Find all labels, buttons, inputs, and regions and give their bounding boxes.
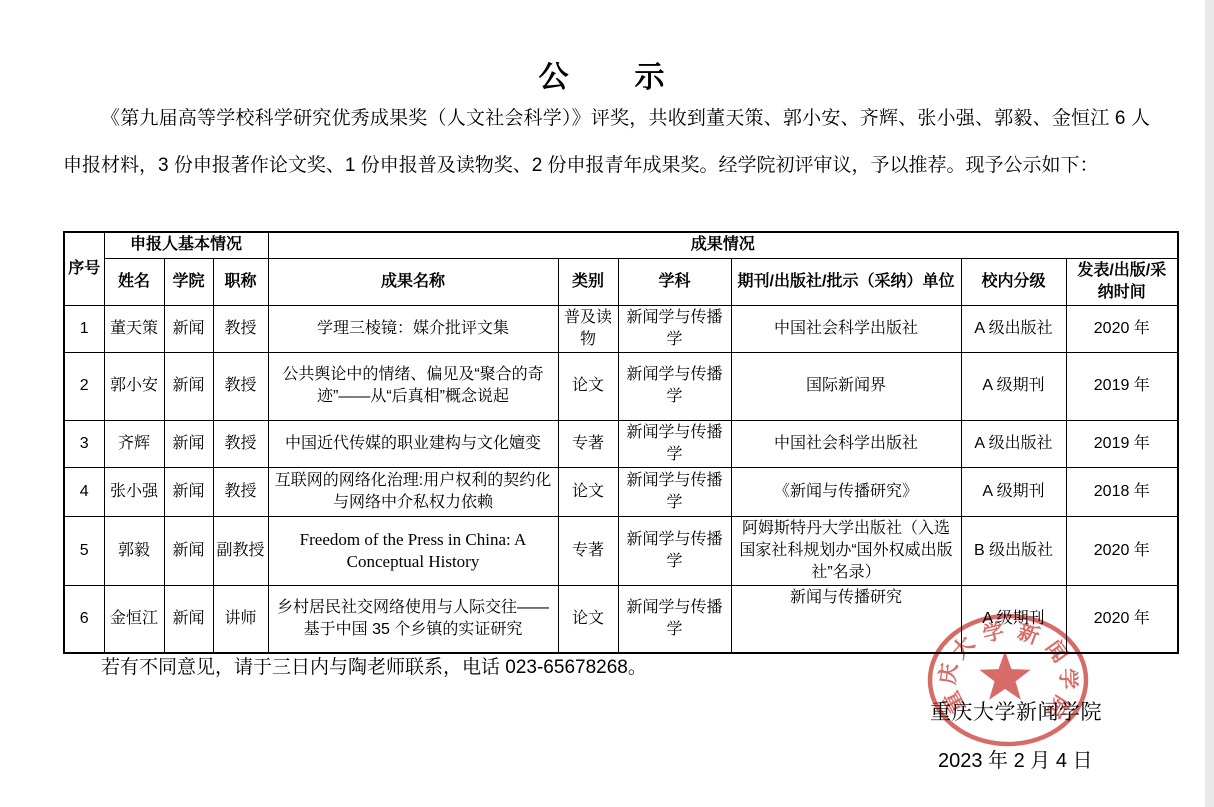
table-cell: 乡村居民社交网络使用与人际交往——基于中国 35 个乡镇的实证研究 [268, 585, 558, 653]
table-cell: 专著 [558, 420, 618, 467]
seal-char: 庆 [935, 662, 961, 686]
table-cell: 新闻学与传播学 [618, 585, 731, 653]
col-header-publisher: 期刊/出版社/批示（采纳）单位 [731, 258, 961, 305]
table-cell: 新闻 [164, 516, 213, 585]
table-cell: 2020 年 [1066, 516, 1178, 585]
table-cell: 郭小安 [104, 352, 164, 420]
table-cell: 2020 年 [1066, 585, 1178, 653]
table-cell: 论文 [558, 467, 618, 516]
table-cell: 新闻学与传播学 [618, 516, 731, 585]
table-cell: A 级出版社 [961, 305, 1066, 352]
group-header-applicant: 申报人基本情况 [104, 232, 268, 258]
table-row: 2郭小安新闻教授公共舆论中的情绪、偏见及“聚合的奇迹”——从“后真相”概念说起论… [64, 352, 1178, 420]
contact-note: 若有不同意见，请于三日内与陶老师联系，电话 023-65678268。 [63, 652, 863, 679]
table-cell: 讲师 [213, 585, 268, 653]
table-cell: 3 [64, 420, 104, 467]
signature-org: 重庆大学新闻学院 [930, 696, 1102, 726]
table-cell: B 级出版社 [961, 516, 1066, 585]
group-header-achievement: 成果情况 [268, 232, 1178, 258]
star-icon [979, 651, 1030, 700]
table-cell: 新闻学与传播学 [618, 352, 731, 420]
table-body: 1董天策新闻教授学理三棱镜：媒介批评文集普及读物新闻学与传播学中国社会科学出版社… [64, 305, 1178, 653]
table-cell: 董天策 [104, 305, 164, 352]
table-row: 3齐辉新闻教授中国近代传媒的职业建构与文化嬗变专著新闻学与传播学中国社会科学出版… [64, 420, 1178, 467]
intro-paragraph: 《第九届高等学校科学研究优秀成果奖（人文社会科学）》评奖，共收到董天策、郭小安、… [63, 95, 1150, 189]
table-cell: 专著 [558, 516, 618, 585]
table-cell: 2018 年 [1066, 467, 1178, 516]
column-header-row: 姓名 学院 职称 成果名称 类别 学科 期刊/出版社/批示（采纳）单位 校内分级… [64, 258, 1178, 305]
table-cell: 教授 [213, 305, 268, 352]
table-cell: A 级期刊 [961, 352, 1066, 420]
table-cell: 1 [64, 305, 104, 352]
table-cell: 国际新闻界 [731, 352, 961, 420]
table-cell: 4 [64, 467, 104, 516]
table-cell: 2019 年 [1066, 420, 1178, 467]
document-page: 公 示 《第九届高等学校科学研究优秀成果奖（人文社会科学）》评奖，共收到董天策、… [0, 0, 1214, 807]
col-header-serial: 序号 [64, 232, 104, 305]
table-cell: 教授 [213, 467, 268, 516]
col-header-year: 发表/出版/采纳时间 [1066, 258, 1178, 305]
table-cell: A 级出版社 [961, 420, 1066, 467]
table-cell: Freedom of the Press in China: A Concept… [268, 516, 558, 585]
table-cell: 齐辉 [104, 420, 164, 467]
table-cell: 张小强 [104, 467, 164, 516]
table-cell: 金恒江 [104, 585, 164, 653]
table-cell: 学理三棱镜：媒介批评文集 [268, 305, 558, 352]
results-table: 序号 申报人基本情况 成果情况 姓名 学院 职称 成果名称 类别 学科 期刊/出… [63, 231, 1179, 654]
table-cell: 新闻学与传播学 [618, 467, 731, 516]
table-cell: 《新闻与传播研究》 [731, 467, 961, 516]
table-row: 5郭毅新闻副教授Freedom of the Press in China: A… [64, 516, 1178, 585]
col-header-work-title: 成果名称 [268, 258, 558, 305]
col-header-grade: 校内分级 [961, 258, 1066, 305]
page-title: 公 示 [0, 52, 1205, 96]
table-cell: 副教授 [213, 516, 268, 585]
table-cell: 中国社会科学出版社 [731, 305, 961, 352]
table-row: 4张小强新闻教授互联网的网络化治理:用户权利的契约化与网络中介私权力依赖论文新闻… [64, 467, 1178, 516]
table-cell: 论文 [558, 585, 618, 653]
table-cell: 论文 [558, 352, 618, 420]
table-cell: 新闻 [164, 352, 213, 420]
col-header-discipline: 学科 [618, 258, 731, 305]
table-cell: 阿姆斯特丹大学出版社（入选国家社科规划办“国外权威出版社”名录） [731, 516, 961, 585]
table-cell: 教授 [213, 352, 268, 420]
table-cell: 新闻 [164, 420, 213, 467]
table-row: 1董天策新闻教授学理三棱镜：媒介批评文集普及读物新闻学与传播学中国社会科学出版社… [64, 305, 1178, 352]
table-cell: 中国近代传媒的职业建构与文化嬗变 [268, 420, 558, 467]
table-cell: A 级期刊 [961, 585, 1066, 653]
seal-char: 学 [1056, 668, 1080, 690]
scrollbar-track[interactable] [1205, 0, 1214, 807]
table-cell: 普及读物 [558, 305, 618, 352]
table-cell: 2 [64, 352, 104, 420]
table-cell: 公共舆论中的情绪、偏见及“聚合的奇迹”——从“后真相”概念说起 [268, 352, 558, 420]
col-header-category: 类别 [558, 258, 618, 305]
table-cell: 2019 年 [1066, 352, 1178, 420]
table-cell: 6 [64, 585, 104, 653]
table-cell: 中国社会科学出版社 [731, 420, 961, 467]
table-cell: 教授 [213, 420, 268, 467]
col-header-rank: 职称 [213, 258, 268, 305]
col-header-name: 姓名 [104, 258, 164, 305]
table-cell: 新闻学与传播学 [618, 305, 731, 352]
col-header-college: 学院 [164, 258, 213, 305]
signature-date: 2023 年 2 月 4 日 [938, 744, 1093, 773]
table-cell: 新闻 [164, 467, 213, 516]
table-cell: 新闻学与传播学 [618, 420, 731, 467]
table-cell: 新闻 [164, 305, 213, 352]
group-header-row: 序号 申报人基本情况 成果情况 [64, 232, 1178, 258]
table-cell: 5 [64, 516, 104, 585]
table-cell: 郭毅 [104, 516, 164, 585]
table-cell: A 级期刊 [961, 467, 1066, 516]
table-cell: 新闻与传播研究 [731, 585, 961, 653]
table-cell: 新闻 [164, 585, 213, 653]
table-row: 6金恒江新闻讲师乡村居民社交网络使用与人际交往——基于中国 35 个乡镇的实证研… [64, 585, 1178, 653]
table-cell: 互联网的网络化治理:用户权利的契约化与网络中介私权力依赖 [268, 467, 558, 516]
table-cell: 2020 年 [1066, 305, 1178, 352]
table-header: 序号 申报人基本情况 成果情况 姓名 学院 职称 成果名称 类别 学科 期刊/出… [64, 232, 1178, 305]
